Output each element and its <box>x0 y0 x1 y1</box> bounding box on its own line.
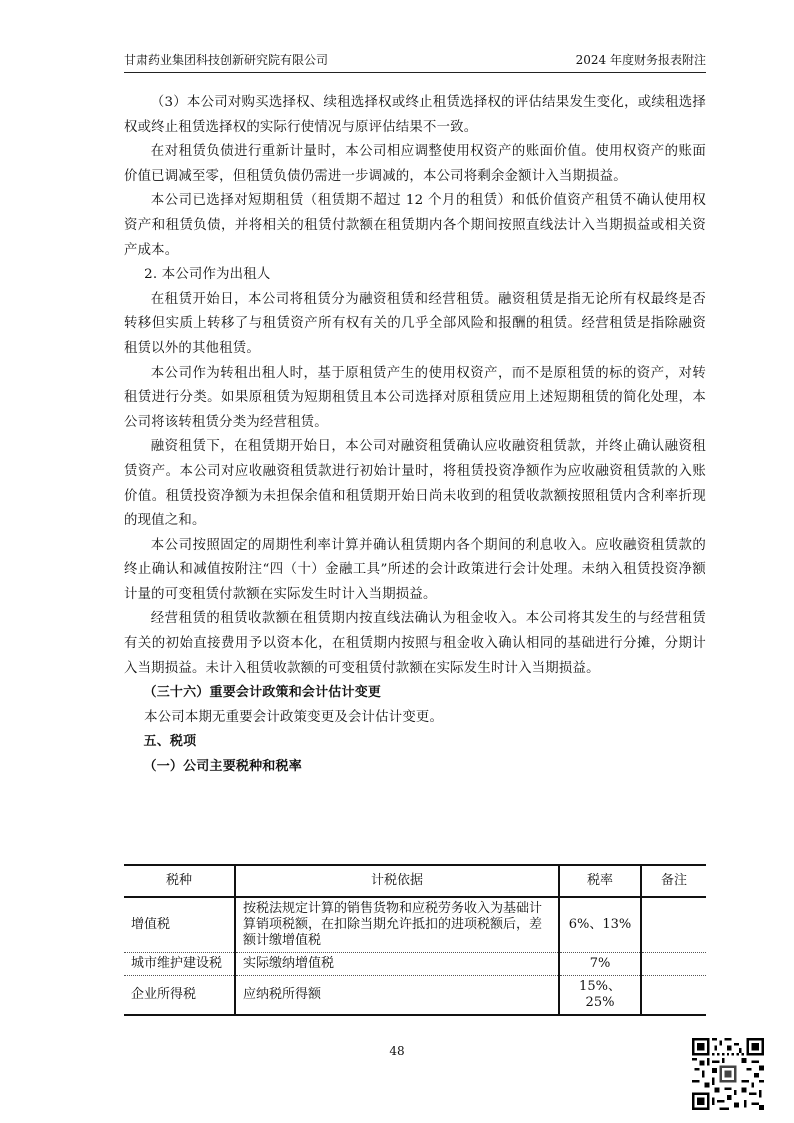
qr-code-icon <box>692 1038 764 1110</box>
report-title: 2024 年度财务报表附注 <box>576 52 706 68</box>
tax-rate-table: 税种 计税依据 税率 备注 增值税 按税法规定计算的销售货物和应税劳务收入为基础… <box>124 864 706 1016</box>
column-header-basis: 计税依据 <box>235 865 559 897</box>
section-heading-policy-change: （三十六）重要会计政策和会计估计变更 <box>124 681 706 706</box>
subheading-lessor: 2. 本公司作为出租人 <box>124 263 706 288</box>
paragraph-remeasurement: 在对租赁负债进行重新计量时，本公司相应调整使用权资产的账面价值。使用权资产的账面… <box>124 140 706 189</box>
document-body: （3）本公司对购买选择权、续租选择权或终止租赁选择权的评估结果发生变化，或续租选… <box>124 91 706 780</box>
table-row: 企业所得税 应纳税所得额 15%、25% <box>124 976 706 1016</box>
column-header-note: 备注 <box>641 865 706 897</box>
cell-tax-type: 企业所得税 <box>124 976 235 1016</box>
cell-tax-type: 城市维护建设税 <box>124 953 235 976</box>
page-number: 48 <box>0 1044 794 1058</box>
cell-note <box>641 897 706 953</box>
paragraph-short-term-lease: 本公司已选择对短期租赁（租赁期不超过 12 个月的租赁）和低价值资产租赁不确认使… <box>124 189 706 263</box>
paragraph-finance-lease: 融资租赁下，在租赁期开始日，本公司对融资租赁确认应收融资租赁款，并终止确认融资租… <box>124 435 706 533</box>
column-header-rate: 税率 <box>559 865 641 897</box>
cell-rate: 7% <box>559 953 641 976</box>
paragraph-no-change: 本公司本期无重要会计政策变更及会计估计变更。 <box>124 706 706 731</box>
cell-note <box>641 976 706 1016</box>
page-header: 甘肃药业集团科技创新研究院有限公司 2024 年度财务报表附注 <box>124 52 706 73</box>
cell-note <box>641 953 706 976</box>
paragraph-lease-classification: 在租赁开始日，本公司将租赁分为融资租赁和经营租赁。融资租赁是指无论所有权最终是否… <box>124 288 706 362</box>
section-heading-taxes: 五、税项 <box>124 730 706 755</box>
cell-tax-type: 增值税 <box>124 897 235 953</box>
section-heading-tax-rates: （一）公司主要税种和税率 <box>124 755 706 780</box>
paragraph-operating-lease: 经营租赁的租赁收款额在租赁期内按直线法确认为租金收入。本公司将其发生的与经营租赁… <box>124 607 706 681</box>
cell-basis: 实际缴纳增值税 <box>235 953 559 976</box>
cell-basis: 应纳税所得额 <box>235 976 559 1016</box>
paragraph-interest-income: 本公司按照固定的周期性利率计算并确认租赁期内各个期间的利息收入。应收融资租赁款的… <box>124 534 706 608</box>
table-row: 增值税 按税法规定计算的销售货物和应税劳务收入为基础计算销项税额，在扣除当期允许… <box>124 897 706 953</box>
cell-rate: 6%、13% <box>559 897 641 953</box>
company-name: 甘肃药业集团科技创新研究院有限公司 <box>124 52 328 68</box>
cell-basis: 按税法规定计算的销售货物和应税劳务收入为基础计算销项税额，在扣除当期允许抵扣的进… <box>235 897 559 953</box>
paragraph-reassessment: （3）本公司对购买选择权、续租选择权或终止租赁选择权的评估结果发生变化，或续租选… <box>124 91 706 140</box>
table-header-row: 税种 计税依据 税率 备注 <box>124 865 706 897</box>
column-header-tax-type: 税种 <box>124 865 235 897</box>
cell-rate: 15%、25% <box>559 976 641 1016</box>
paragraph-sublease: 本公司作为转租出租人时，基于原租赁产生的使用权资产，而不是原租赁的标的资产，对转… <box>124 362 706 436</box>
table-row: 城市维护建设税 实际缴纳增值税 7% <box>124 953 706 976</box>
